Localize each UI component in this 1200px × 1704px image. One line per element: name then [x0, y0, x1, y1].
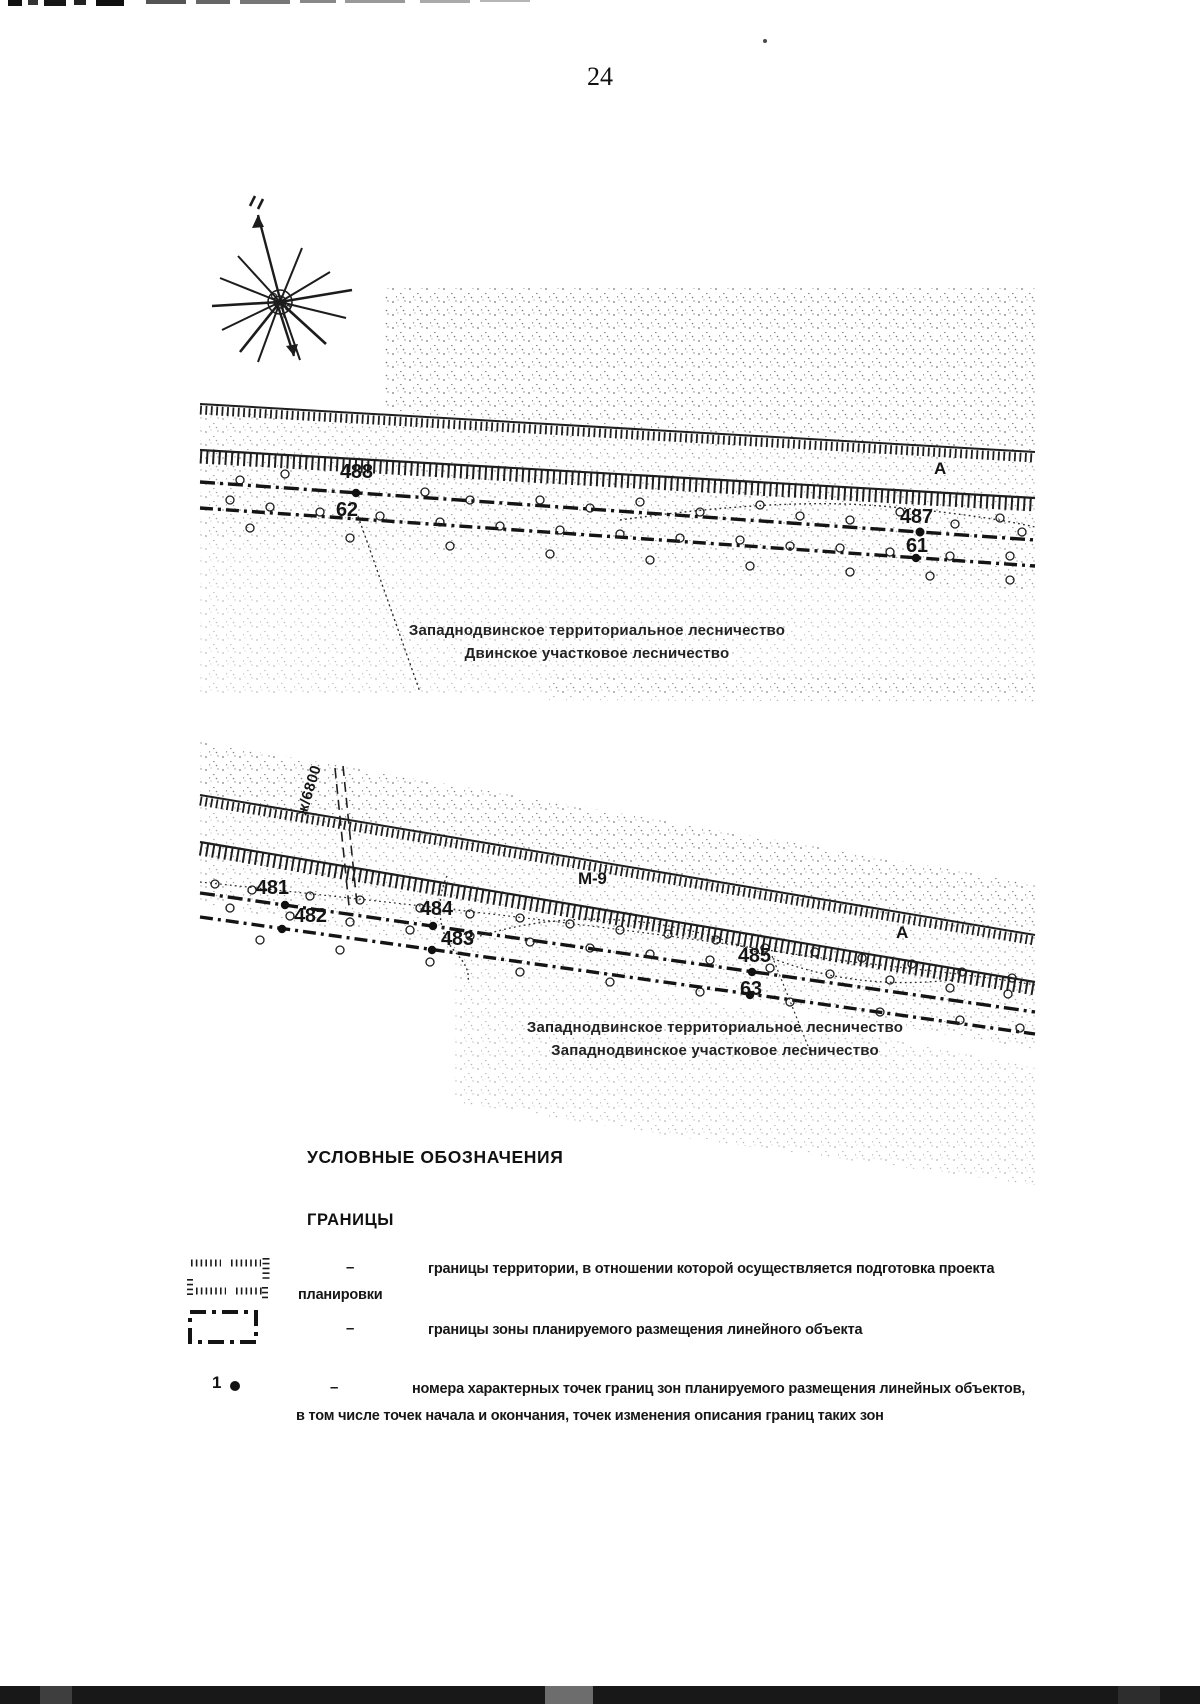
caption-line: Западнодвинское участковое лесничество	[490, 1039, 940, 1062]
legend-title: УСЛОВНЫЕ ОБОЗНАЧЕНИЯ	[307, 1147, 563, 1168]
point-marker-dot-icon	[230, 1381, 240, 1391]
point-label-481: 481	[256, 878, 289, 898]
compass-rose-icon	[212, 196, 352, 362]
point-label-483: 483	[441, 929, 474, 949]
map-graphics	[0, 0, 1200, 1704]
legend-item-1-text: границы территории, в отношении которой …	[298, 1256, 998, 1308]
point-label-62: 62	[336, 500, 358, 520]
point-label-487: 487	[900, 507, 933, 527]
point-label-488: 488	[340, 462, 373, 482]
territory-boundary-symbol	[190, 1258, 266, 1299]
area-label-a-strip1: А	[934, 460, 946, 477]
document-page: 24	[0, 0, 1200, 1704]
zone-boundary-symbol	[190, 1312, 256, 1342]
legend-item-2-text: границы зоны планируемого размещения лин…	[298, 1317, 998, 1343]
point-label-485: 485	[738, 946, 771, 966]
legend-section-title: ГРАНИЦЫ	[307, 1211, 394, 1230]
caption-line: Двинское участковое лесничество	[377, 642, 817, 665]
area-label-a-strip2: А	[896, 924, 908, 941]
point-label-482: 482	[294, 906, 327, 926]
point-marker-number: 1	[212, 1373, 221, 1393]
point-label-484: 484	[420, 899, 453, 919]
caption-line: Западнодвинское территориальное лесничес…	[490, 1016, 940, 1039]
scan-bottom-bar	[0, 1686, 1200, 1704]
map-caption-strip2: Западнодвинское территориальное лесничес…	[490, 1016, 940, 1062]
point-label-63: 63	[740, 979, 762, 999]
map-caption-strip1: Западнодвинское территориальное лесничес…	[377, 619, 817, 665]
highway-label-m9: М-9	[578, 870, 607, 887]
map-strip-2	[200, 676, 1035, 1185]
caption-line: Западнодвинское территориальное лесничес…	[377, 619, 817, 642]
legend-item-3-text: номера характерных точек границ зон план…	[296, 1376, 1026, 1430]
point-label-61: 61	[906, 536, 928, 556]
